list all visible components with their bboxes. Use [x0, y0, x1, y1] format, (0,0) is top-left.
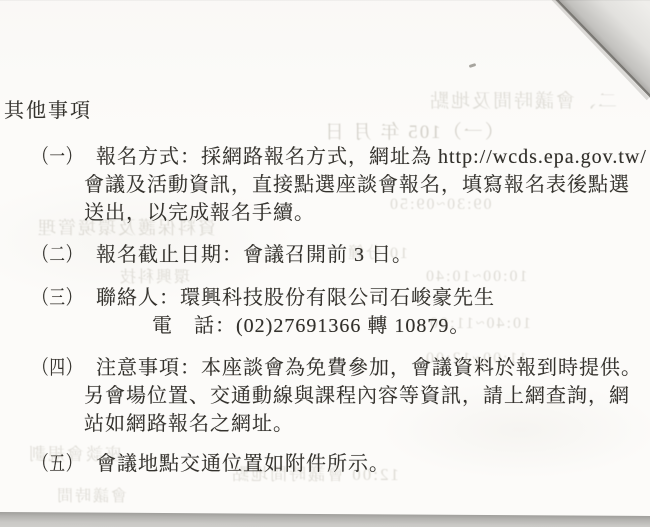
list-item-5: （五） 會議地點交通位置如附件所示。: [33, 450, 390, 478]
item-number: （四）: [33, 354, 82, 382]
item-line: 報名截止日期：會議召開前 3 日。: [96, 241, 413, 269]
item-line-phone: 電 話：(02)27691366 轉 10879。: [33, 312, 495, 340]
scan-top-edge: [0, 0, 650, 1]
item-number: （二）: [33, 241, 82, 269]
bleedthrough-text: 二、會議時間及地點: [428, 86, 617, 113]
scanner-band: [0, 512, 650, 527]
page-heading: 其他事項: [4, 97, 92, 125]
bleedthrough-text: （一）105 年 月 日: [323, 117, 504, 144]
item-line: 站如網路報名之網址。: [33, 410, 642, 438]
item-line: 報名方式：採網路報名方式，網址為 http://wcds.epa.gov.tw/: [96, 143, 647, 171]
list-item-3: （三） 聯絡人：環興科技股份有限公司石峻豪先生 電 話：(02)27691366…: [33, 284, 495, 340]
fold-edge-line: [556, 0, 650, 97]
item-line: 注意事項：本座談會為免費參加，會議資料於報到時提供。: [96, 354, 642, 382]
fold-edge-shadow: [553, 0, 648, 99]
list-item-4: （四） 注意事項：本座談會為免費參加，會議資料於報到時提供。 另會場位置、交通動…: [33, 354, 642, 438]
item-line: 另會場位置、交通動線與課程內容等資訊，請上網查詢，網: [33, 382, 642, 410]
ink-speck: [469, 63, 477, 68]
item-line: 會議地點交通位置如附件所示。: [96, 450, 390, 478]
item-line: 聯絡人：環興科技股份有限公司石峻豪先生: [96, 284, 495, 312]
item-number: （三）: [33, 284, 82, 312]
list-item-1: （一） 報名方式：採網路報名方式，網址為 http://wcds.epa.gov…: [33, 143, 647, 227]
list-item-2: （二） 報名截止日期：會議召開前 3 日。: [33, 241, 413, 269]
item-number: （一）: [33, 143, 82, 171]
item-line: 會議及活動資訊，直接點選座談會報名，填寫報名表後點選: [33, 171, 647, 199]
item-number: （五）: [33, 450, 82, 478]
fold-face: [557, 0, 650, 96]
scanned-page: 二、會議時間及地點 （一）105 年 月 日 資料保護及環境管理 09:30~0…: [0, 0, 650, 527]
item-line: 送出，以完成報名手續。: [33, 199, 647, 227]
bleedthrough-text: 會議時間: [55, 483, 127, 506]
